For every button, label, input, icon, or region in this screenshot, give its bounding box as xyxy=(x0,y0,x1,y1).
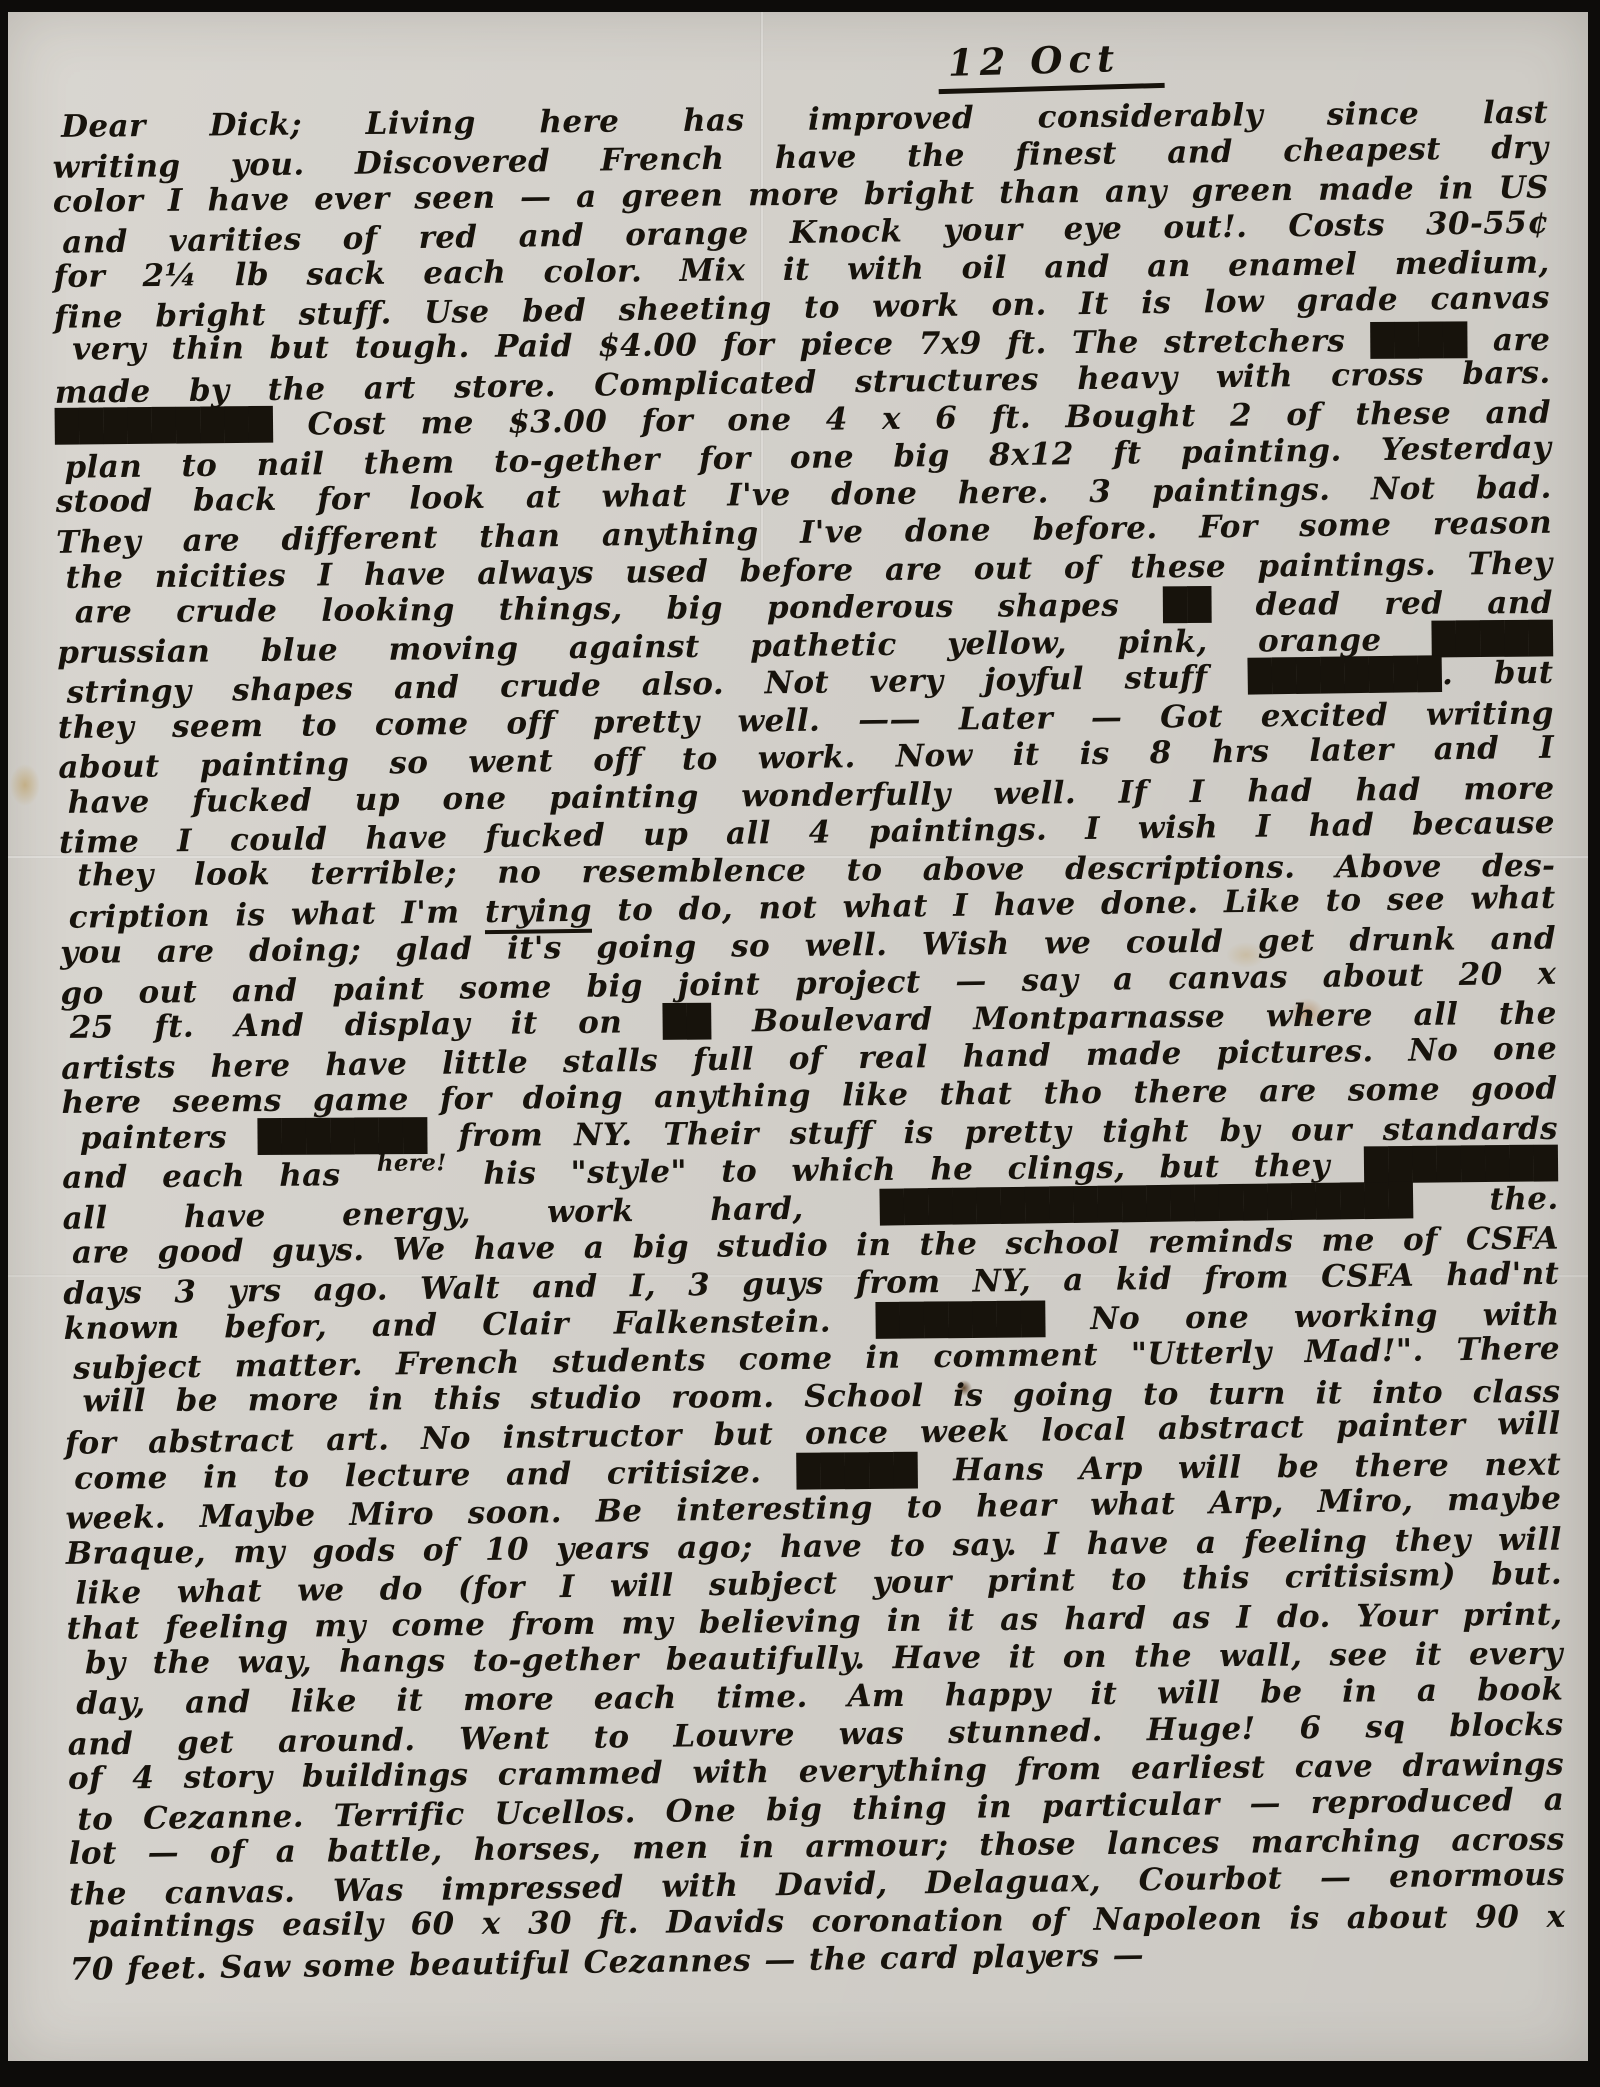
underlined-word: trying xyxy=(485,893,593,934)
letter-page: 12 Oct Dear Dick; Living here has improv… xyxy=(8,12,1588,2061)
paper-stain xyxy=(10,764,40,806)
letter-line-segment: cription is what I'm xyxy=(69,895,486,937)
letter-date: 12 Oct xyxy=(937,35,1165,94)
letter-line-segment: and each has xyxy=(62,1157,375,1196)
letter-body: Dear Dick; Living here has improved cons… xyxy=(52,95,1566,1987)
inserted-word: here! xyxy=(377,1149,447,1177)
photo-background: { "colors": { "paper": "#d7d4ce", "ink":… xyxy=(0,0,1600,2087)
